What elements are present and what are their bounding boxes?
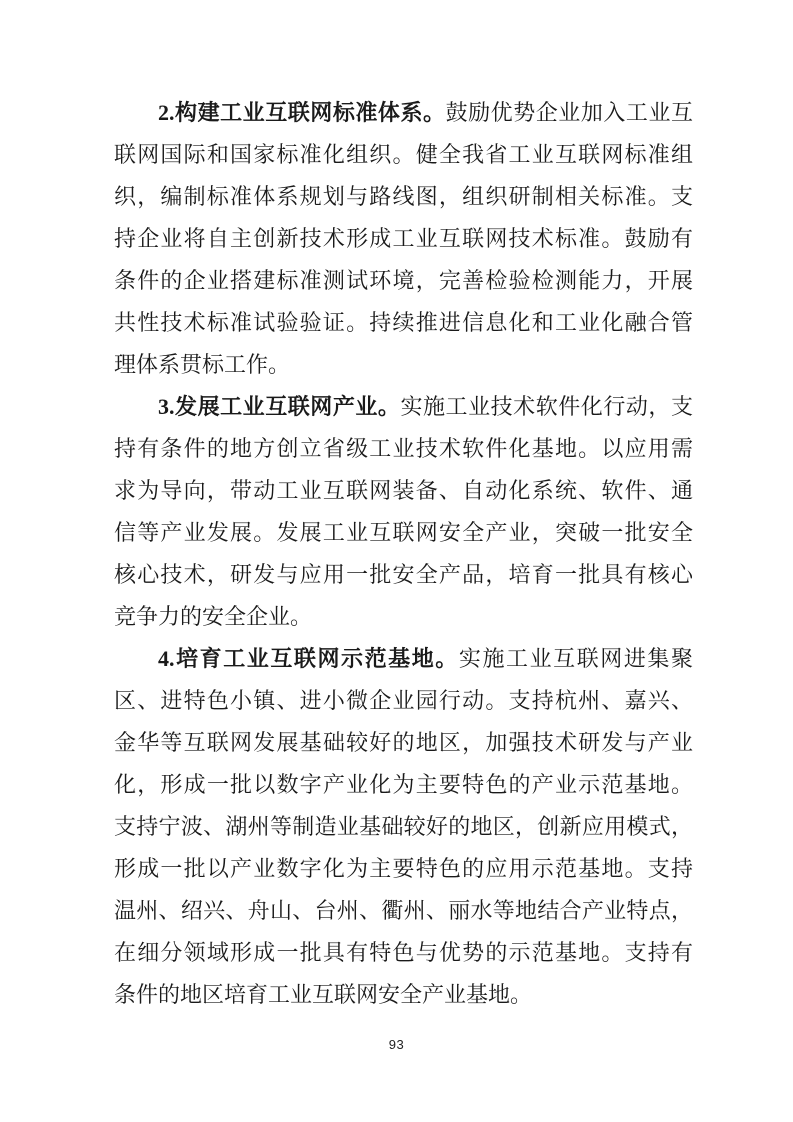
paragraph-2-standards-system: 2.构建工业互联网标准体系。鼓励优势企业加入工业互 联网国际和国家标准化组织。健… bbox=[114, 92, 693, 386]
page-footer: 93 bbox=[0, 1036, 793, 1054]
paragraph-text: 实施工业互联网进集聚 bbox=[459, 646, 693, 671]
paragraph-lead: 2.构建工业互联网标准体系。 bbox=[158, 100, 446, 125]
text-line: 竞争力的安全企业。 bbox=[114, 596, 693, 638]
paragraph-text: 实施工业技术软件化行动，支 bbox=[400, 394, 693, 419]
text-line: 化，形成一批以数字产业化为主要特色的产业示范基地。 bbox=[114, 764, 693, 806]
text-line: 持有条件的地方创立省级工业技术软件化基地。以应用需 bbox=[114, 428, 693, 470]
paragraph-text: 鼓励优势企业加入工业互 bbox=[446, 100, 693, 125]
text-line: 3.发展工业互联网产业。实施工业技术软件化行动，支 bbox=[114, 386, 693, 428]
text-line: 信等产业发展。发展工业互联网安全产业，突破一批安全 bbox=[114, 512, 693, 554]
text-line: 4.培育工业互联网示范基地。实施工业互联网进集聚 bbox=[114, 638, 693, 680]
paragraph-3-industry-development: 3.发展工业互联网产业。实施工业技术软件化行动，支 持有条件的地方创立省级工业技… bbox=[114, 386, 693, 638]
text-line: 条件的企业搭建标准测试环境，完善检验检测能力，开展 bbox=[114, 260, 693, 302]
text-line: 核心技术，研发与应用一批安全产品，培育一批具有核心 bbox=[114, 554, 693, 596]
text-line: 持企业将自主创新技术形成工业互联网技术标准。鼓励有 bbox=[114, 218, 693, 260]
paragraph-lead: 4.培育工业互联网示范基地。 bbox=[158, 646, 459, 671]
page-number: 93 bbox=[389, 1037, 404, 1052]
text-line: 在细分领域形成一批具有特色与优势的示范基地。支持有 bbox=[114, 932, 693, 974]
text-line: 求为导向，带动工业互联网装备、自动化系统、软件、通 bbox=[114, 470, 693, 512]
text-line: 温州、绍兴、舟山、台州、衢州、丽水等地结合产业特点， bbox=[114, 890, 693, 932]
text-line: 联网国际和国家标准化组织。健全我省工业互联网标准组 bbox=[114, 134, 693, 176]
text-line: 形成一批以产业数字化为主要特色的应用示范基地。支持 bbox=[114, 848, 693, 890]
text-line: 条件的地区培育工业互联网安全产业基地。 bbox=[114, 974, 693, 1016]
text-line: 支持宁波、湖州等制造业基础较好的地区，创新应用模式， bbox=[114, 806, 693, 848]
text-line: 织，编制标准体系规划与路线图，组织研制相关标准。支 bbox=[114, 176, 693, 218]
text-line: 区、进特色小镇、进小微企业园行动。支持杭州、嘉兴、 bbox=[114, 680, 693, 722]
paragraph-lead: 3.发展工业互联网产业。 bbox=[158, 394, 400, 419]
text-line: 2.构建工业互联网标准体系。鼓励优势企业加入工业互 bbox=[114, 92, 693, 134]
document-text-block: 2.构建工业互联网标准体系。鼓励优势企业加入工业互 联网国际和国家标准化组织。健… bbox=[114, 92, 693, 1016]
paragraph-4-demonstration-bases: 4.培育工业互联网示范基地。实施工业互联网进集聚 区、进特色小镇、进小微企业园行… bbox=[114, 638, 693, 1016]
document-page: 2.构建工业互联网标准体系。鼓励优势企业加入工业互 联网国际和国家标准化组织。健… bbox=[0, 0, 793, 1122]
text-line: 理体系贯标工作。 bbox=[114, 344, 693, 386]
text-line: 金华等互联网发展基础较好的地区，加强技术研发与产业 bbox=[114, 722, 693, 764]
text-line: 共性技术标准试验验证。持续推进信息化和工业化融合管 bbox=[114, 302, 693, 344]
